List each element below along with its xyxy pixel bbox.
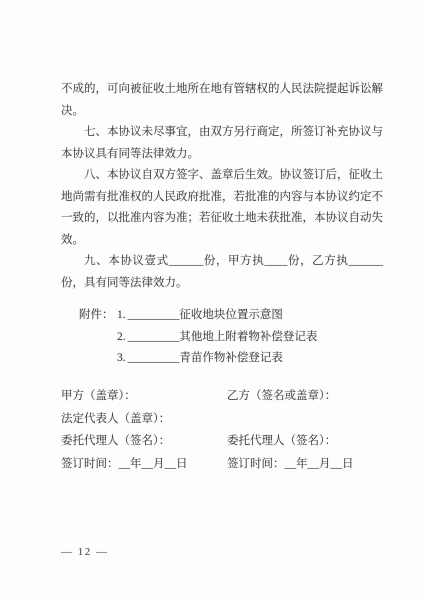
party-b-signature: 乙方（签名或盖章）： 委托代理人（签名）： 签订时间：__年__月__日 xyxy=(227,385,391,475)
party-b-seal-line: 乙方（签名或盖章）： xyxy=(227,385,391,408)
attachment-blank: _________ xyxy=(128,327,180,349)
party-a-signature: 甲方（盖章）： 法定代表人（盖章）： 委托代理人（签名）： 签订时间：__年__… xyxy=(61,385,227,475)
attachment-title: 征收地块位置示意图 xyxy=(179,305,283,327)
clause-7: 七、本协议未尽事宜，由双方另行商定，所签订补充协议与本协议具有同等法律效力。 xyxy=(61,122,383,165)
document-page: 不成的，可向被征收土地所在地有管辖权的人民法院提起诉讼解决。 七、本协议未尽事宜… xyxy=(0,0,424,600)
agreement-body: 不成的，可向被征收土地所在地有管辖权的人民法院提起诉讼解决。 七、本协议未尽事宜… xyxy=(61,79,383,294)
attachment-number: 1. xyxy=(117,305,126,327)
attachments-label: 附件： xyxy=(79,305,117,327)
signature-block: 甲方（盖章）： 法定代表人（盖章）： 委托代理人（签名）： 签订时间：__年__… xyxy=(61,385,391,475)
party-a-date-line: 签订时间：__年__月__日 xyxy=(61,453,227,476)
attachment-blank: _________ xyxy=(128,348,180,370)
page-number: — 12 — xyxy=(61,546,109,558)
party-a-agent-line: 委托代理人（签名）： xyxy=(61,430,227,453)
attachment-blank: _________ xyxy=(128,305,180,327)
attachment-item: 3. _________ 青苗作物补偿登记表 xyxy=(79,348,317,370)
attachment-number: 3. xyxy=(117,348,126,370)
clause-8: 八、本协议自双方签字、盖章后生效。协议签订后，征收土地尚需有批准权的人民政府批准… xyxy=(61,165,383,251)
attachment-title: 其他地上附着物补偿登记表 xyxy=(179,327,317,349)
attachment-list: 附件： 1. _________ 征收地块位置示意图 2. _________ … xyxy=(79,305,317,370)
party-b-agent-line: 委托代理人（签名）： xyxy=(227,430,391,453)
party-b-spacer-line xyxy=(227,408,391,431)
attachment-item: 附件： 1. _________ 征收地块位置示意图 xyxy=(79,305,317,327)
attachment-number: 2. xyxy=(117,327,126,349)
party-a-seal-line: 甲方（盖章）： xyxy=(61,385,227,408)
attachments-label-spacer xyxy=(79,327,117,349)
paragraph-continuation: 不成的，可向被征收土地所在地有管辖权的人民法院提起诉讼解决。 xyxy=(61,79,383,122)
party-b-date-line: 签订时间：__年__月__日 xyxy=(227,453,391,476)
party-a-legal-rep-line: 法定代表人（盖章）： xyxy=(61,408,227,431)
attachments-label-spacer xyxy=(79,348,117,370)
clause-9: 九、本协议壹式______份，甲方执____份，乙方执______份，具有同等法… xyxy=(61,251,383,294)
attachment-title: 青苗作物补偿登记表 xyxy=(179,348,283,370)
attachment-item: 2. _________ 其他地上附着物补偿登记表 xyxy=(79,327,317,349)
